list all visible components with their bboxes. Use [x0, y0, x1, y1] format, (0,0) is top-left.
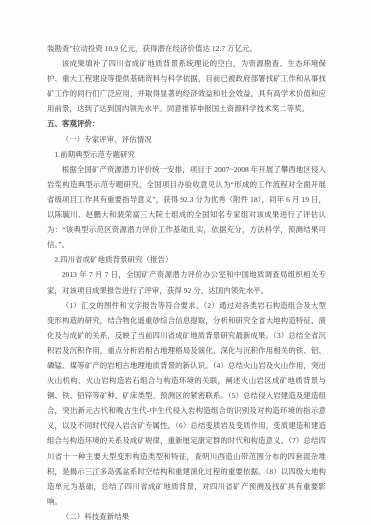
subsection-heading-expert-review: （一）专家评审、评估情况 [47, 132, 326, 147]
paragraph-demonstration-study-review: 根据全国矿产资源潜力评价统一安排，项目于 2007~2008 年开展了攀西地区侵… [47, 162, 326, 253]
document-page: 装勘查”拉动投资 10.9 亿元，获得潜在经济价值达 12.7 万亿元。 该成果… [0, 0, 371, 525]
item-heading-demonstration-study: 1.前期典型示范专题研究 [47, 147, 326, 162]
subsection-heading-novelty-search-result: （二）科技查新结果 [47, 509, 326, 524]
item-heading-geological-background-report: 2.四川省成矿地质背景研究（报告） [47, 252, 326, 267]
section-heading-objective-evaluation: 五、客观评价： [47, 116, 326, 131]
paragraph-review-conclusions-list: （1）汇交的图件和文字报告等符合要求。（2）通过对各类岩石构造组合及大型变形构造… [47, 298, 326, 509]
paragraph-achievement-summary: 该成果填补了四川省成矿地质背景系统理论的空白，为资源勘查、生态环境保护、重大工程… [47, 56, 326, 116]
paragraph-report-review-score: 2013 年 7 月 7 日，全国矿产资源潜力评价办公室和中国地质调查局组织相关… [47, 267, 326, 297]
paragraph-continuation-investment: 装勘查”拉动投资 10.9 亿元，获得潜在经济价值达 12.7 万亿元。 [47, 41, 326, 56]
